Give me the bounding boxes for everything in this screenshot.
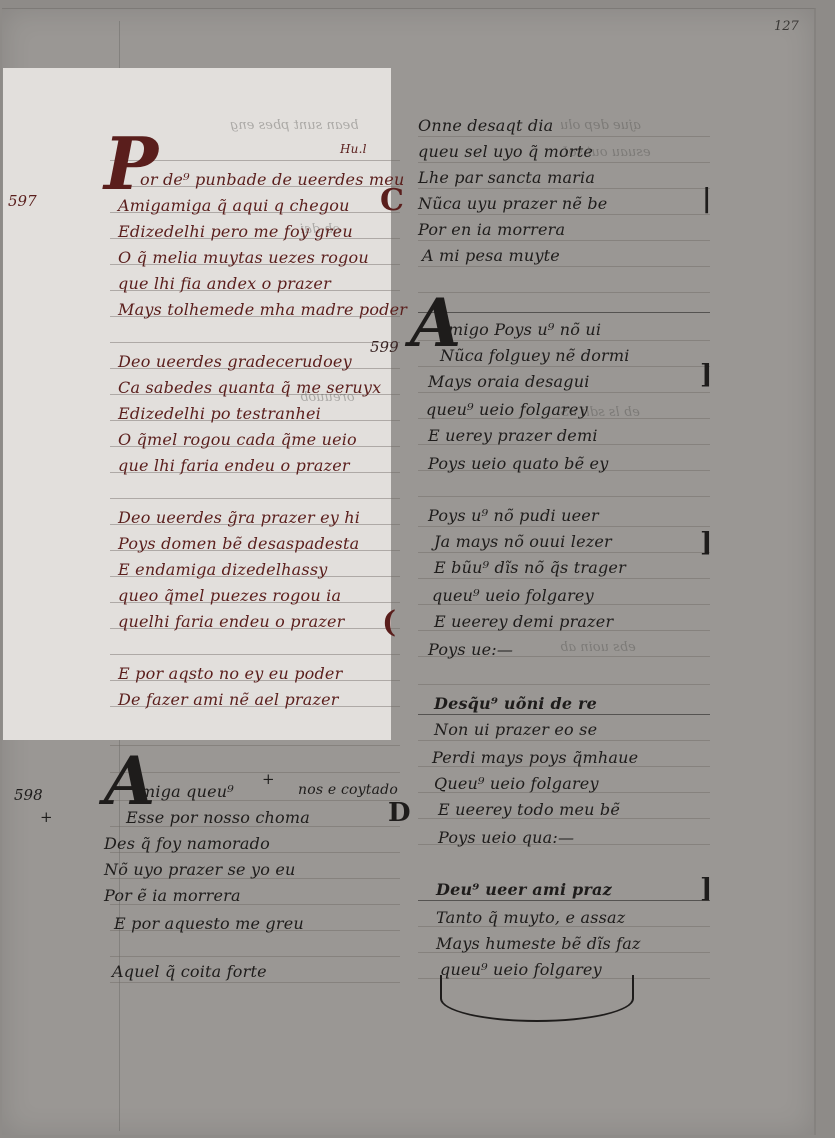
verse-line: De fazer ami nẽ ael prazer	[118, 690, 339, 709]
verse-line: Poys u⁹ nõ pudi ueer	[428, 506, 599, 525]
verse-line: Aquel q̃ coita forte	[112, 962, 267, 981]
verse-line: quelhi faria endeu o prazer	[118, 612, 344, 631]
ruling-line	[418, 578, 710, 579]
ruling-line	[418, 366, 710, 367]
verse-line: Nũca folguey nẽ dormi	[440, 346, 630, 365]
verse-line: queu⁹ ueio folgarey	[426, 400, 588, 419]
decorated-initial-p: P	[104, 128, 158, 200]
ruling-line	[418, 188, 710, 189]
verse-line: A mi pesa muyte	[422, 246, 560, 265]
verse-line: queu⁹ ueio folgarey	[432, 586, 594, 605]
verse-line: Ja mays nõ ouui lezer	[434, 532, 612, 551]
ruling-line	[418, 900, 710, 901]
paragraph-mark: C	[380, 186, 404, 216]
show-through-text: bean sunt pbes eng	[230, 118, 359, 133]
paragraph-mark: ]	[700, 876, 712, 902]
verse-line: E bũu⁹ dĩs nõ q̃s trager	[434, 558, 626, 577]
ruling-line	[110, 982, 400, 983]
poem-number-597: 597	[8, 192, 37, 210]
verse-line: que lhi faria endeu o prazer	[118, 456, 350, 475]
verse-line: Tanto q̃ muyto, e assaz	[436, 908, 625, 927]
ruling-line	[418, 340, 710, 341]
verse-line: Des q̃ foy namorado	[104, 834, 270, 853]
verse-line: queo q̃mel puezes rogou ia	[118, 586, 341, 605]
verse-line: migo Poys u⁹ nõ ui	[448, 320, 601, 339]
verse-line: Non ui prazer eo se	[434, 720, 597, 739]
ruling-line	[418, 714, 710, 715]
verse-line: Poys ue:—	[428, 640, 513, 659]
ruling-line	[418, 266, 710, 267]
verse-line: E endamiga dizedelhassy	[118, 560, 327, 579]
ruling-line	[418, 740, 710, 741]
paragraph-mark: D	[388, 800, 411, 826]
verse-line: Lhe par sancta maria	[418, 168, 595, 187]
verse-line: Por ẽ ia morrera	[104, 886, 241, 905]
ruling-line	[110, 498, 400, 499]
ruling-line	[418, 214, 710, 215]
verse-line: Mays humeste bẽ dĩs faz	[436, 934, 641, 953]
cross-mark: +	[40, 808, 53, 826]
verse-line: Poys ueio qua:—	[438, 828, 574, 847]
ruling-line	[418, 496, 710, 497]
ruling-line	[418, 162, 710, 163]
verse-line: E ueerey demi prazer	[434, 612, 613, 631]
ruling-line	[418, 240, 710, 241]
verse-line: Mays tolhemede mha madre poder	[118, 300, 407, 319]
poem-number-598: 598	[14, 786, 43, 804]
verse-line: Deo ueerdes gradecerudoey	[118, 352, 352, 371]
verse-line: Deo ueerdes g̃ra prazer ey hi	[118, 508, 360, 527]
verse-line: que lhi fia andex o prazer	[118, 274, 331, 293]
verse-line: E uerey prazer demi	[428, 426, 598, 445]
paragraph-mark: |	[702, 186, 711, 212]
verse-line: nos e coytado	[298, 782, 398, 798]
ruling-line	[418, 292, 710, 293]
verse-line: queu sel uyo q̃ morte	[418, 142, 593, 161]
poem-number-599: 599	[370, 338, 399, 356]
verse-line: Mays oraia desagui	[428, 372, 590, 391]
ruling-line	[418, 312, 710, 313]
verse-line: Ca sabedes quanta q̃ me seruyx	[118, 378, 381, 397]
verse-line: O q̃mel rogou cada q̃me ueio	[118, 430, 357, 449]
verse-line: Poys domen bẽ desaspadesta	[118, 534, 359, 553]
paragraph-mark: ]	[700, 530, 712, 556]
verse-line: Poys ueio quato bẽ ey	[428, 454, 608, 473]
verse-line: Edizedelhi po testranhei	[118, 404, 321, 423]
folio-number: 127	[774, 19, 799, 34]
ruling-line	[418, 136, 710, 137]
ruling-line	[418, 392, 710, 393]
verse-line: Nũca uyu prazer nẽ be	[418, 194, 607, 213]
verse-line: Queu⁹ ueio folgarey	[434, 774, 599, 793]
ruling-line	[110, 654, 400, 655]
verse-line: Perdi mays poys q̃mhaue	[432, 748, 638, 767]
verse-line: E ueerey todo meu bẽ	[438, 800, 620, 819]
verse-line: Onne desaqt dia	[418, 116, 553, 135]
verse-line: O q̃ melia muytas uezes rogou	[118, 248, 369, 267]
ruling-line	[418, 684, 710, 685]
decorated-initial-a: A	[104, 748, 155, 814]
show-through-text: ajue dep olu	[560, 118, 641, 133]
ruling-line	[110, 956, 400, 957]
show-through-text: ebs uoin ab	[560, 640, 636, 655]
verse-line: E por aquesto me greu	[114, 914, 304, 933]
verse-line: Esse por nosso choma	[126, 808, 310, 827]
verse-line: Amigamiga q̃ aqui q chegou	[118, 196, 350, 215]
verse-line: Desq̃u⁹ uõni de re	[434, 694, 597, 713]
verse-line: Nõ uyo prazer se yo eu	[104, 860, 296, 879]
ruling-line	[418, 552, 710, 553]
verse-line: E por aqsto no ey eu poder	[118, 664, 342, 683]
verse-line: Deu⁹ ueer ami praz	[436, 880, 612, 899]
verse-line: Por en ia morrera	[418, 220, 565, 239]
closing-flourish	[440, 975, 634, 1022]
paragraph-mark: ]	[700, 362, 712, 388]
ruling-line	[418, 526, 710, 527]
ruling-line	[110, 342, 400, 343]
verse-line: or de⁹ punbade de ueerdes meu	[140, 170, 404, 189]
annotation: Hu.l	[340, 142, 367, 156]
verse-line: miga queu⁹	[140, 782, 234, 801]
cross-mark: +	[262, 770, 275, 788]
verse-line: Edizedelhi pero me foy greu	[118, 222, 353, 241]
paragraph-mark: (	[382, 608, 396, 638]
